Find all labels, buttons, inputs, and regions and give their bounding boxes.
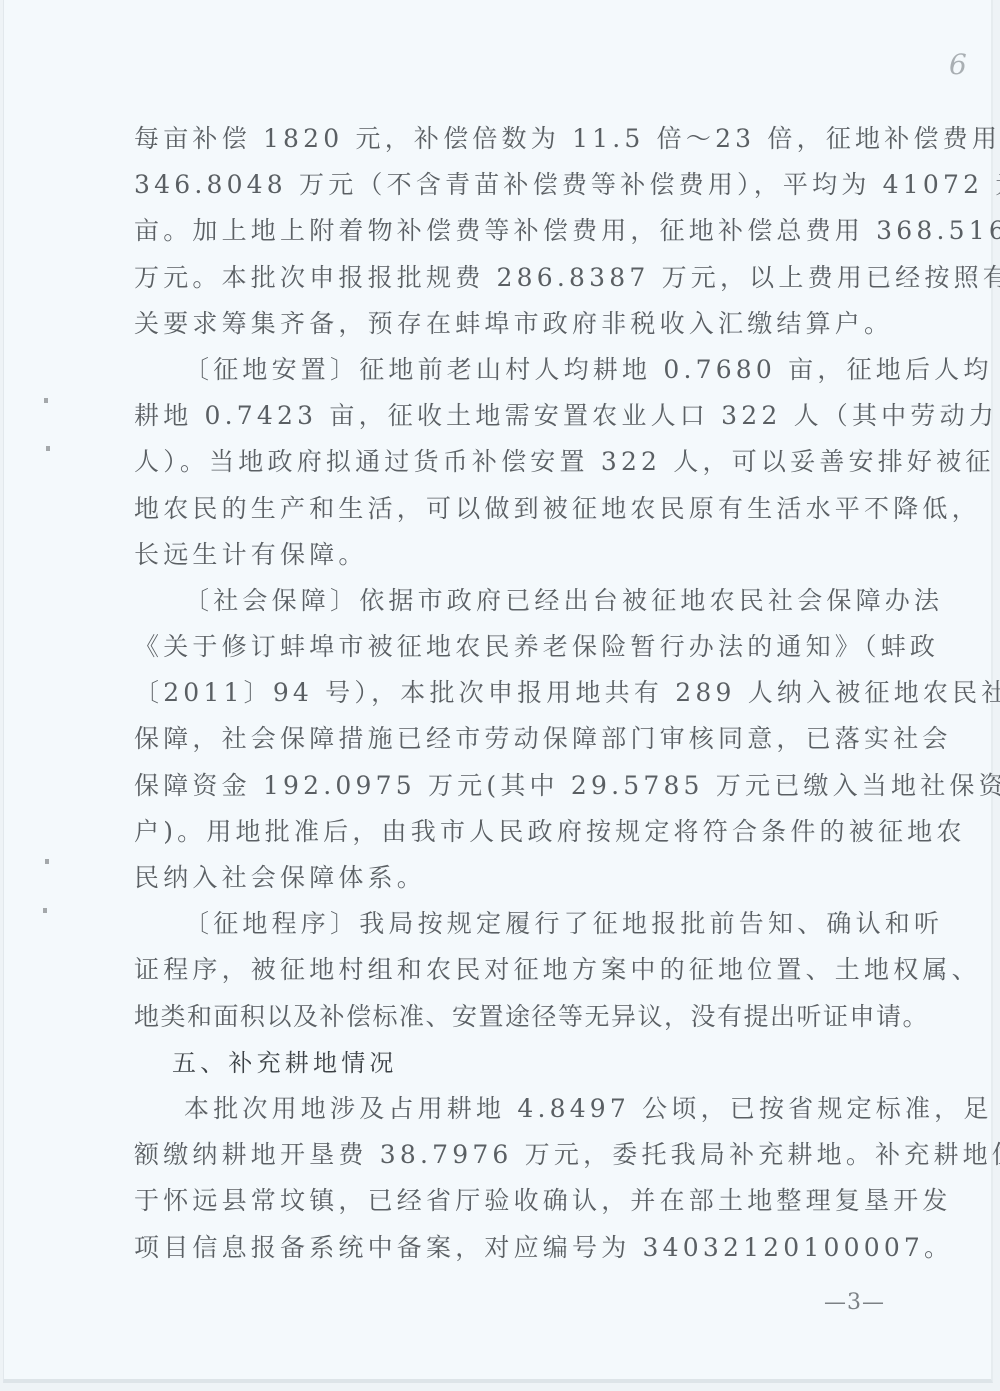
social-security-paragraph-line: 民纳入社会保障体系。 [134, 855, 894, 901]
farmland-paragraph-line: 于怀远县常坟镇，已经省厅验收确认，并在部土地整理复垦开发 [134, 1178, 894, 1224]
farmland-paragraph-line: 本批次用地涉及占用耕地 4.8497 公顷，已按省规定标准，足 [134, 1086, 894, 1132]
resettlement-paragraph-line: 〔征地安置〕征地前老山村人均耕地 0.7680 亩，征地后人均 [134, 347, 894, 393]
social-security-paragraph-line: 〔2011〕94 号），本批次申报用地共有 289 人纳入被征地农民社会 [134, 670, 894, 716]
section-heading: 五、补充耕地情况 [134, 1040, 894, 1086]
social-security-paragraph-line: 保障资金 192.0975 万元(其中 29.5785 万元已缴入当地社保资金专 [134, 763, 894, 809]
procedure-paragraph-line: 地类和面积以及补偿标准、安置途径等无异议，没有提出听证申请。 [134, 994, 894, 1040]
compensation-paragraph-line: 每亩补偿 1820 元，补偿倍数为 11.5 倍～23 倍，征地补偿费用为 [134, 116, 894, 162]
resettlement-paragraph-line: 耕地 0.7423 亩，征收土地需安置农业人口 322 人（其中劳动力 240 [134, 393, 894, 439]
page-number: —3— [824, 1290, 885, 1315]
handwritten-page-mark: 6 [949, 48, 967, 81]
farmland-paragraph-line: 项目信息报备系统中备案，对应编号为 34032120100007。 [134, 1225, 894, 1271]
binding-hole-mark [46, 446, 50, 451]
social-security-paragraph-line: 户)。用地批准后，由我市人民政府按规定将符合条件的被征地农 [134, 809, 894, 855]
procedure-paragraph-line: 证程序，被征地村组和农民对征地方案中的征地位置、土地权属、 [134, 947, 894, 993]
social-security-paragraph-line: 保障，社会保障措施已经市劳动保障部门审核同意，已落实社会 [134, 716, 894, 762]
compensation-paragraph-line: 346.8048 万元（不含青苗补偿费等补偿费用），平均为 41072 元／ [134, 162, 894, 208]
binding-hole-mark [43, 908, 47, 913]
social-security-paragraph-line: 〔社会保障〕依据市政府已经出台被征地农民社会保障办法 [134, 578, 894, 624]
resettlement-paragraph-line: 人）。当地政府拟通过货币补偿安置 322 人，可以妥善安排好被征 [134, 439, 894, 485]
farmland-paragraph-line: 额缴纳耕地开垦费 38.7976 万元，委托我局补充耕地。补充耕地位 [134, 1132, 894, 1178]
document-body: 每亩补偿 1820 元，补偿倍数为 11.5 倍～23 倍，征地补偿费用为 34… [134, 116, 894, 1271]
compensation-paragraph-line: 万元。本批次申报报批规费 286.8387 万元，以上费用已经按照有 [134, 255, 894, 301]
social-security-paragraph-line: 《关于修订蚌埠市被征地农民养老保险暂行办法的通知》（蚌政 [134, 624, 894, 670]
compensation-paragraph-line: 亩。加上地上附着物补偿费等补偿费用，征地补偿总费用 368.5169 [134, 208, 894, 254]
document-page: 6 每亩补偿 1820 元，补偿倍数为 11.5 倍～23 倍，征地补偿费用为 … [3, 0, 993, 1383]
binding-hole-mark [44, 398, 48, 403]
resettlement-paragraph-line: 长远生计有保障。 [134, 532, 894, 578]
procedure-paragraph-line: 〔征地程序〕我局按规定履行了征地报批前告知、确认和听 [134, 901, 894, 947]
compensation-paragraph-line: 关要求筹集齐备，预存在蚌埠市政府非税收入汇缴结算户。 [134, 301, 894, 347]
binding-hole-mark [45, 859, 49, 864]
resettlement-paragraph-line: 地农民的生产和生活，可以做到被征地农民原有生活水平不降低， [134, 486, 894, 532]
